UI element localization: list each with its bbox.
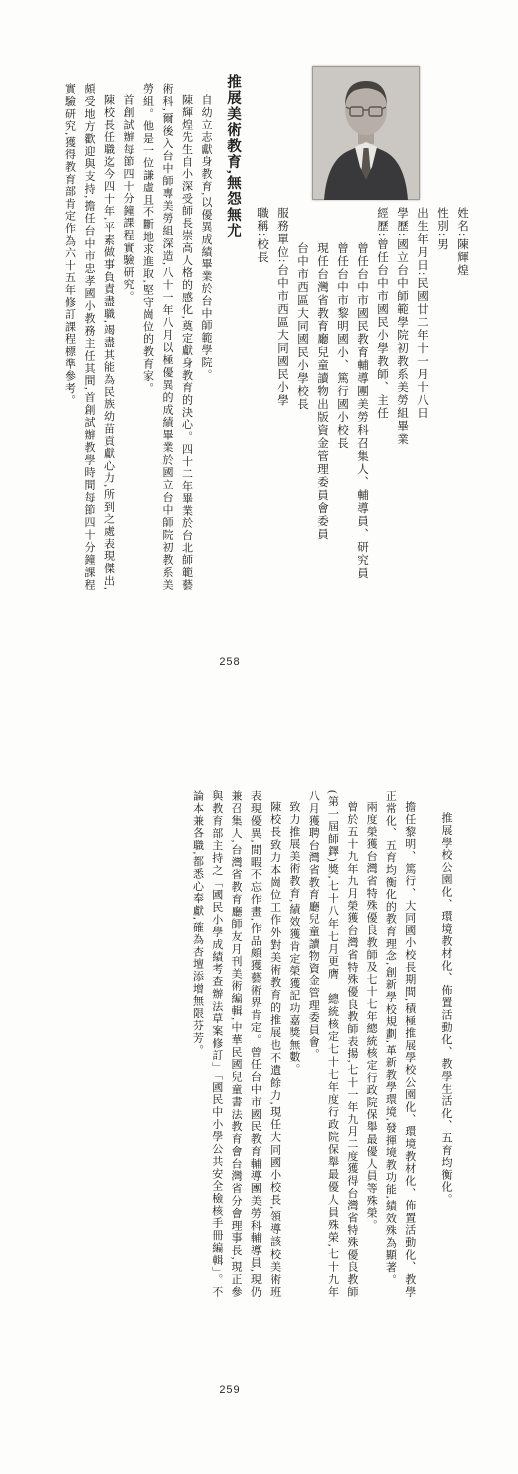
bio-line-experience-3: 曾任台中市黎明國小、篤行國小校長 <box>332 207 352 579</box>
bio-info-block: 姓名:陳輝煌 性別:男 出生年月日:民國廿二年十一月十八日 學歷:國立台中師範學… <box>248 207 472 579</box>
bio-line-birthdate: 出生年月日:民國廿二年十一月十八日 <box>412 207 432 579</box>
bio-line-workplace: 服務單位:台中市西區大同國民小學 <box>272 207 292 579</box>
article-paragraph: 首創試辦每節四十分鐘課程實驗研究。 <box>118 83 138 591</box>
article-paragraph: 陳校長致力本崗位工作外對美術教育的推展也不遺餘力,現任大同國小校長,領導該校美術… <box>187 790 283 1298</box>
bio-line-experience-4: 現任台灣省教育廳兒童讀物出版資金管理委員會委員 <box>312 207 332 579</box>
bio-line-jobtitle: 職稱:校長 <box>252 207 272 579</box>
bio-line-experience-5: 台中市西區大同國民小學校長 <box>292 207 312 579</box>
article-paragraph: 自幼立志獻身教育,以優異成績畢業於台中師範學院。 <box>196 83 216 591</box>
article-paragraph: 兩度榮獲台灣省特殊優良教師及七十七年總統核定行政院保舉最優人員等殊榮。 <box>361 790 380 1298</box>
bio-line-experience-2: 曾任台中市國民教育輔導團美勞科召集人、輔導員、研究員 <box>352 207 372 579</box>
article-paragraph: 致力推展美術教育,績效獲肯定榮獲記功嘉獎無數。 <box>284 790 303 1298</box>
article-paragraph: 擔任黎明、篤行、大同國小校長期間,積極推展學校公園化、環境教材化、佈置活動化、教… <box>380 790 419 1298</box>
bio-line-name: 姓名:陳輝煌 <box>452 207 472 579</box>
portrait-photo <box>312 66 420 200</box>
article-paragraph: 陳校長任職迄今四十年,平素做事負責盡職,竭盡其能為民族幼苗貢獻心力,所到之處表現… <box>59 83 118 591</box>
bio-line-experience-1: 經歷:曾任台中市國民小學教師、主任 <box>372 207 392 579</box>
bio-line-sex: 性別:男 <box>432 207 452 579</box>
article-body-continued: 推展學校公園化、環境教材化、佈置活動化、教學生活化、五育均衡化。 擔任黎明、篤行… <box>163 790 455 1298</box>
page-number-258: 258 <box>208 656 252 668</box>
article-body: 自幼立志獻身教育,以優異成績畢業於台中師範學院。 陳輝煌先生自小深受師長崇高人格… <box>57 83 215 591</box>
article-title: 推展美術教育,無怨無尤 <box>220 74 246 334</box>
article-paragraph: 曾於五十九年九月榮獲台灣省特殊優良教師表揚,七十一年九月二度獲得台灣省特殊優良教… <box>303 790 361 1298</box>
portrait-photo-graphic <box>312 66 420 200</box>
bio-line-education: 學歷:國立台中師範學院初教系美勞組畢業 <box>392 207 412 579</box>
article-paragraph: 推展學校公園化、環境教材化、佈置活動化、教學生活化、五育均衡化。 <box>436 790 455 1298</box>
page-number-259: 259 <box>208 1384 252 1396</box>
scanned-book-spread: 姓名:陳輝煌 性別:男 出生年月日:民國廿二年十一月十八日 學歷:國立台中師範學… <box>0 0 518 1474</box>
article-paragraph: 陳輝煌先生自小深受師長崇高人格的感化,奠定獻身教育的決心。四十二年畢業於台北師範… <box>137 83 196 591</box>
